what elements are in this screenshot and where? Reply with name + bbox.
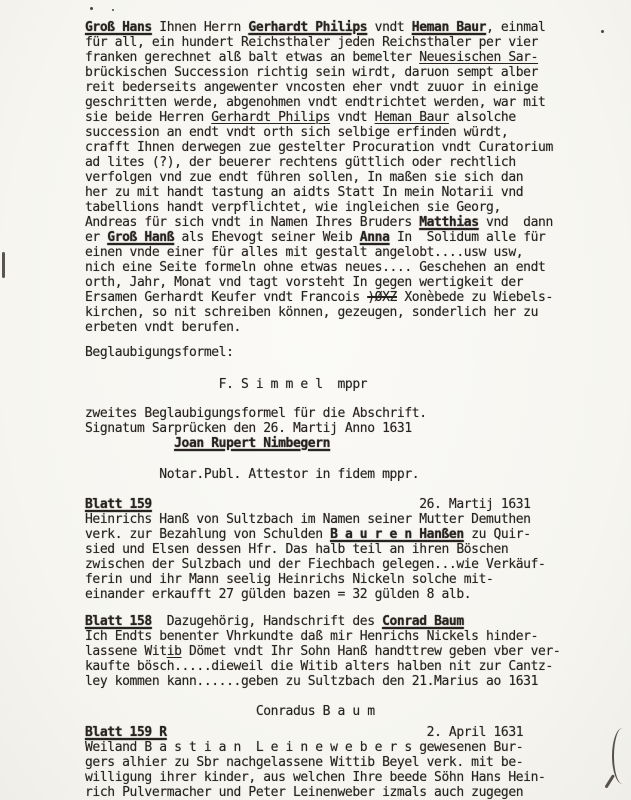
- text-line: Andreas für sich vndt in Namen Ihres Bru…: [85, 215, 613, 230]
- text-line: lassene Witib Dömet vndt Ihr Sohn Hanß h…: [85, 644, 613, 659]
- text-segment: lassene Wit: [85, 644, 167, 659]
- text-segment: 26. Martij 1631: [152, 497, 531, 512]
- underlined-text: Neuesischen Sar-: [419, 50, 538, 65]
- text-line: Beglaubigungsformel:: [85, 345, 613, 360]
- underlined-text: Groß Hans: [85, 20, 152, 35]
- text-segment: nich eine Seite formeln ohne etwas neues…: [85, 260, 545, 275]
- text-line: kirchen, so nit schreiben können, gezeug…: [85, 305, 613, 320]
- ink-dot-artifact: [112, 9, 114, 11]
- text-segment: verfolgen vnd zue endt führen sollen, In…: [85, 170, 523, 185]
- main-deed-paragraph: Groß Hans Ihnen Herrn Gerhardt Philips v…: [85, 20, 613, 335]
- underlined-text: ib: [167, 644, 182, 659]
- text-segment: reit bederseits angewenter vncosten eher…: [85, 80, 538, 95]
- text-line: succession an endt vndt orth sich selbig…: [85, 125, 613, 140]
- text-segment: vnd dann: [479, 215, 553, 230]
- text-segment: , einmal: [486, 20, 545, 35]
- text-segment: ferin und ihr Mann seelig Heinrichs Nick…: [85, 572, 493, 587]
- text-line: Signatum Sarprücken den 26. Martij Anno …: [85, 421, 613, 436]
- notary-signature-simmel: F. S i m m e l mppr: [85, 377, 613, 392]
- text-segment: vndt: [367, 20, 412, 35]
- text-segment: Notar.Publ. Attestor in fidem mppr.: [85, 467, 419, 482]
- text-segment: succession an endt vndt orth sich selbig…: [85, 125, 508, 140]
- text-line: brückischen Succession richtig sein wird…: [85, 65, 613, 80]
- second-certification: zweites Beglaubigungsformel für die Absc…: [85, 406, 613, 451]
- text-line: Joan Rupert Nimbegern: [85, 436, 613, 451]
- text-segment: ley kommen kann......geben zu Sultzbach …: [85, 674, 538, 689]
- text-line: ley kommen kann......geben zu Sultzbach …: [85, 674, 613, 689]
- certification-label: Beglaubigungsformel:: [85, 345, 613, 360]
- text-line: crafft Ihnen derwegen zue gestelter Proc…: [85, 140, 613, 155]
- blatt-158-entry: Blatt 158 Dazugehörig, Handschrift des C…: [85, 614, 613, 689]
- text-line: Notar.Publ. Attestor in fidem mppr.: [85, 467, 613, 482]
- ink-dot-artifact: [601, 30, 604, 33]
- text-line: rich Pulvermacher und Peter Leinenweber …: [85, 785, 613, 800]
- text-segment: Beglaubigungsformel:: [85, 345, 234, 360]
- attestation-line: Notar.Publ. Attestor in fidem mppr.: [85, 467, 613, 482]
- text-segment: franken gerechnet alß balt etwas an beme…: [85, 50, 419, 65]
- text-segment: für all, ein hundert Reichsthaler jeden …: [85, 35, 538, 50]
- text-segment: zu Quir-: [464, 527, 531, 542]
- text-segment: geschritten werde, abgenohmen vndt endtr…: [85, 95, 545, 110]
- text-line: erbeten vndt berufen.: [85, 320, 613, 335]
- text-segment: alsolche: [449, 110, 516, 125]
- underlined-text: Blatt 159 R: [85, 725, 167, 740]
- text-segment: zweites Beglaubigungsformel für die Absc…: [85, 406, 427, 421]
- text-line: einander erkaufft 27 gülden bazen = 32 g…: [85, 587, 613, 602]
- conradus-baum-signature: Conradus B a u m: [85, 704, 613, 719]
- text-segment: Dazugehörig, Handschrift des: [152, 614, 382, 629]
- text-segment: als Ehevogt seiner Weib: [174, 230, 360, 245]
- text-line: zweites Beglaubigungsformel für die Absc…: [85, 406, 613, 421]
- text-segment: orth, Jahr, Monat vnd tagt vorsteht In g…: [85, 275, 523, 290]
- text-segment: Ich Endts benenter Vhrkundte daß mir Hen…: [85, 629, 538, 644]
- blatt-159-entry: Blatt 159 26. Martij 1631Heinrichs Hanß …: [85, 497, 613, 602]
- text-segment: tabellions handt verpflichtet, wie ingle…: [85, 200, 501, 215]
- text-segment: verk. zur Bezahlung von Schulden: [85, 527, 330, 542]
- text-segment: In Solidum alle für: [390, 230, 546, 245]
- text-line: her zu mit handt tastung an aidts Statt …: [85, 185, 613, 200]
- text-line: verk. zur Bezahlung von Schulden B a u r…: [85, 527, 613, 542]
- text-segment: gers alhier zu Sbr nachgelassene Wittib …: [85, 755, 523, 770]
- text-segment: Ihnen Herrn: [152, 20, 249, 35]
- text-line: sied und Elsen dessen Hfr. Das halb teil…: [85, 542, 613, 557]
- text-line: ferin und ihr Mann seelig Heinrichs Nick…: [85, 572, 613, 587]
- text-segment: Heinrichs Hanß von Sultzbach im Namen se…: [85, 512, 531, 527]
- underlined-text: Blatt 158: [85, 614, 152, 629]
- text-segment: ad lites (?), der beuerer rechtens güttl…: [85, 155, 516, 170]
- underlined-text: Heman Baur: [412, 20, 486, 35]
- text-line: tabellions handt verpflichtet, wie ingle…: [85, 200, 613, 215]
- text-segment: kaufte bösch.....dieweil die Witib alter…: [85, 659, 553, 674]
- text-line: verfolgen vnd zue endt führen sollen, In…: [85, 170, 613, 185]
- underlined-text: Blatt 159: [85, 497, 152, 512]
- text-line: Weiland B a s t i a n L e i n e w e b e …: [85, 740, 613, 755]
- underlined-text: Gerhardt Philips: [211, 110, 330, 125]
- text-line: einen vnde einer für alles mit gestalt a…: [85, 245, 613, 260]
- ink-dot-artifact: [90, 7, 93, 10]
- text-segment: sied und Elsen dessen Hfr. Das halb teil…: [85, 542, 508, 557]
- text-line: reit bederseits angewenter vncosten eher…: [85, 80, 613, 95]
- text-line: Groß Hans Ihnen Herrn Gerhardt Philips v…: [85, 20, 613, 35]
- underlined-text: Heman Baur: [375, 110, 449, 125]
- text-line: Blatt 158 Dazugehörig, Handschrift des C…: [85, 614, 613, 629]
- text-segment: her zu mit handt tastung an aidts Statt …: [85, 185, 523, 200]
- text-line: Conradus B a u m: [85, 704, 613, 719]
- text-line: F. S i m m e l mppr: [85, 377, 613, 392]
- text-segment: er: [85, 230, 107, 245]
- margin-dash-artifact: [2, 252, 5, 278]
- text-segment: willigung ihrer kinder, aus welchen Ihre…: [85, 770, 545, 785]
- text-line: zwischen der Sulzbach und der Fiechbach …: [85, 557, 613, 572]
- text-segment: vndt: [330, 110, 375, 125]
- text-segment: einen vnde einer für alles mit gestalt a…: [85, 245, 523, 260]
- underlined-text: Matthias: [419, 215, 478, 230]
- text-segment: Ersamen Gerhardt Keufer vndt Francois: [85, 290, 367, 305]
- text-segment: rich Pulvermacher und Peter Leinenweber …: [85, 785, 523, 800]
- text-line: Blatt 159 26. Martij 1631: [85, 497, 613, 512]
- text-segment: brückischen Succession richtig sein wird…: [85, 65, 538, 80]
- struck-text: )ØXZ: [367, 290, 397, 305]
- text-segment: einander erkaufft 27 gülden bazen = 32 g…: [85, 587, 471, 602]
- text-segment: Andreas für sich vndt in Namen Ihres Bru…: [85, 215, 419, 230]
- underlined-text: Gerhardt Philips: [248, 20, 367, 35]
- text-line: orth, Jahr, Monat vnd tagt vorsteht In g…: [85, 275, 613, 290]
- text-segment: Xonèbede zu Wiebels-: [397, 290, 553, 305]
- text-line: Ersamen Gerhardt Keufer vndt Francois )Ø…: [85, 290, 613, 305]
- underlined-text: Groß Hanß: [107, 230, 174, 245]
- text-line: er Groß Hanß als Ehevogt seiner Weib Ann…: [85, 230, 613, 245]
- text-segment: kirchen, so nit schreiben können, gezeug…: [85, 305, 538, 320]
- text-line: franken gerechnet alß balt etwas an beme…: [85, 50, 613, 65]
- text-line: kaufte bösch.....dieweil die Witib alter…: [85, 659, 613, 674]
- text-line: Ich Endts benenter Vhrkundte daß mir Hen…: [85, 629, 613, 644]
- text-segment: Signatum Sarprücken den 26. Martij Anno …: [85, 421, 412, 436]
- text-line: Blatt 159 R 2. April 1631: [85, 725, 613, 740]
- text-segment: [85, 436, 174, 451]
- underlined-text: B a u r e n Hanßen: [330, 527, 464, 542]
- text-line: für all, ein hundert Reichsthaler jeden …: [85, 35, 613, 50]
- text-line: gers alhier zu Sbr nachgelassene Wittib …: [85, 755, 613, 770]
- text-segment: erbeten vndt berufen.: [85, 320, 241, 335]
- underlined-text: Anna: [360, 230, 390, 245]
- text-line: willigung ihrer kinder, aus welchen Ihre…: [85, 770, 613, 785]
- text-segment: 2. April 1631: [167, 725, 523, 740]
- text-line: ad lites (?), der beuerer rechtens güttl…: [85, 155, 613, 170]
- underlined-text: Conrad Baum: [382, 614, 464, 629]
- text-line: sie beide Herren Gerhardt Philips vndt H…: [85, 110, 613, 125]
- underlined-text: Joan Rupert Nimbegern: [174, 436, 330, 451]
- text-segment: zwischen der Sulzbach und der Fiechbach …: [85, 557, 545, 572]
- text-line: geschritten werde, abgenohmen vndt endtr…: [85, 95, 613, 110]
- text-segment: crafft Ihnen derwegen zue gestelter Proc…: [85, 140, 553, 155]
- document-page: Groß Hans Ihnen Herrn Gerhardt Philips v…: [0, 0, 631, 800]
- text-segment: sie beide Herren: [85, 110, 211, 125]
- text-line: Heinrichs Hanß von Sultzbach im Namen se…: [85, 512, 613, 527]
- text-segment: Weiland B a s t i a n L e i n e w e b e …: [85, 740, 523, 755]
- text-segment: Dömet vndt Ihr Sohn Hanß handttrew geben…: [182, 644, 561, 659]
- blatt-159r-entry: Blatt 159 R 2. April 1631Weiland B a s t…: [85, 725, 613, 800]
- text-segment: Conradus B a u m: [85, 704, 375, 719]
- text-segment: F. S i m m e l mppr: [85, 377, 367, 392]
- text-line: nich eine Seite formeln ohne etwas neues…: [85, 260, 613, 275]
